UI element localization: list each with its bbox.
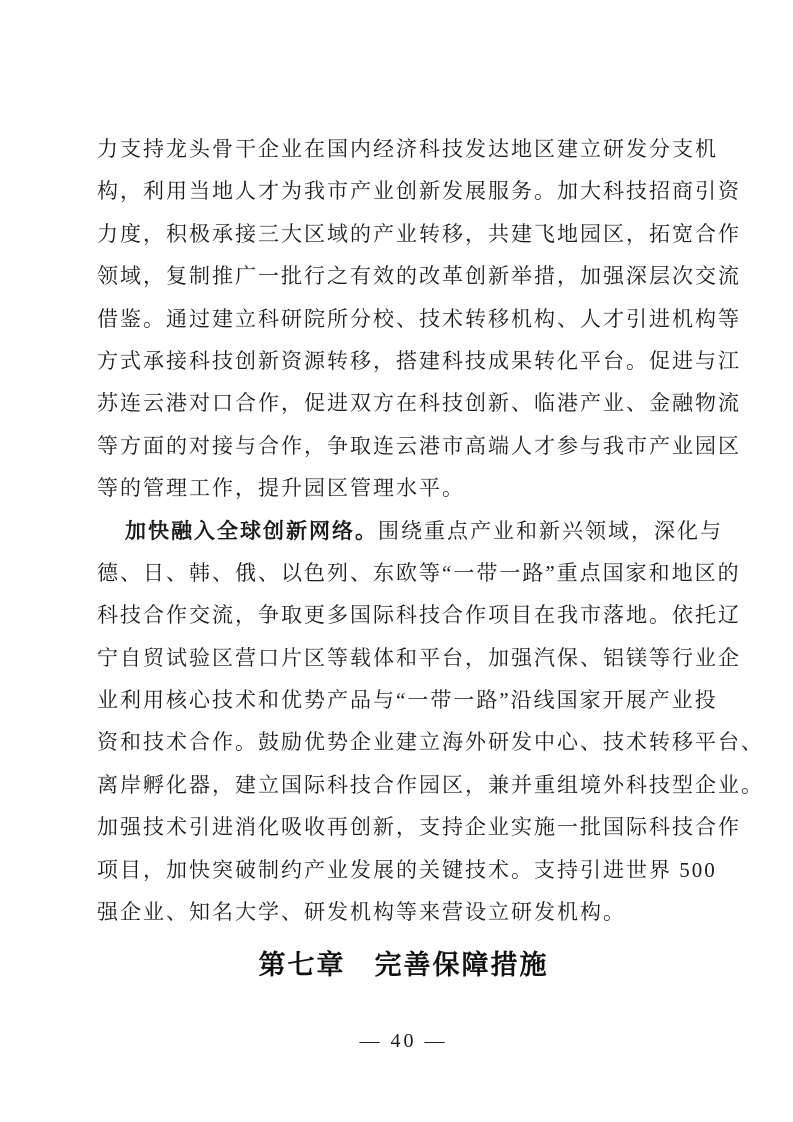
document-page: { "document": { "para1_lines": [ "力支持龙头骨… [0, 0, 793, 1122]
text-line: 构，利用当地人才为我市产业创新发展服务。加大科技招商引资 [97, 170, 710, 212]
page: 力支持龙头骨干企业在国内经济科技发达地区建立研发分支机 构，利用当地人才为我市产… [0, 0, 793, 1122]
text-line: 离岸孵化器，建立国际科技合作园区，兼并重组境外科技型企业。 [97, 764, 710, 806]
paragraph-continuation: 力支持龙头骨干企业在国内经济科技发达地区建立研发分支机 构，利用当地人才为我市产… [97, 128, 710, 510]
chapter-heading: 第七章 完善保障措施 [97, 942, 710, 988]
text-line: 资和技术合作。鼓励优势企业建立海外研发中心、技术转移平台、 [97, 721, 710, 763]
text-line: 力度，积极承接三大区域的产业转移，共建飞地园区，拓宽合作 [97, 213, 710, 255]
text-line: 领域，复制推广一批行之有效的改革创新举措，加强深层次交流 [97, 255, 710, 297]
text-line: 借鉴。通过建立科研院所分校、技术转移机构、人才引进机构等 [97, 298, 710, 340]
page-number: — 40 — [97, 1028, 710, 1054]
text-line: 方式承接科技创新资源转移，搭建科技成果转化平台。促进与江 [97, 340, 710, 382]
paragraph-lead-bold: 加快融入全球创新网络。 [125, 520, 378, 543]
text-line: 加强技术引进消化吸收再创新，支持企业实施一批国际科技合作 [97, 806, 710, 848]
body-text-block: 力支持龙头骨干企业在国内经济科技发达地区建立研发分支机 构，利用当地人才为我市产… [97, 128, 710, 988]
text-line: 等的管理工作，提升园区管理水平。 [97, 467, 710, 509]
text-line: 苏连云港对口合作，促进双方在科技创新、临港产业、金融物流 [97, 382, 710, 424]
text-line: 力支持龙头骨干企业在国内经济科技发达地区建立研发分支机 [97, 128, 710, 170]
text-line: 等方面的对接与合作，争取连云港市高端人才参与我市产业园区 [97, 425, 710, 467]
paragraph-global-innovation-network: 加快融入全球创新网络。围绕重点产业和新兴领域，深化与 德、日、韩、俄、以色列、东… [97, 510, 710, 934]
text-line: 强企业、知名大学、研发机构等来营设立研发机构。 [97, 891, 710, 933]
text-line: 科技合作交流，争取更多国际科技合作项目在我市落地。依托辽 [97, 594, 710, 636]
text-line: 业利用核心技术和优势产品与“一带一路”沿线国家开展产业投 [97, 679, 710, 721]
paragraph-lead-rest: 围绕重点产业和新兴领域，深化与 [378, 519, 723, 543]
text-line: 德、日、韩、俄、以色列、东欧等“一带一路”重点国家和地区的 [97, 552, 710, 594]
text-line: 项目，加快突破制约产业发展的关键技术。支持引进世界 500 [97, 849, 710, 891]
text-line: 加快融入全球创新网络。围绕重点产业和新兴领域，深化与 [97, 510, 710, 552]
text-line: 宁自贸试验区营口片区等载体和平台，加强汽保、铝镁等行业企 [97, 637, 710, 679]
